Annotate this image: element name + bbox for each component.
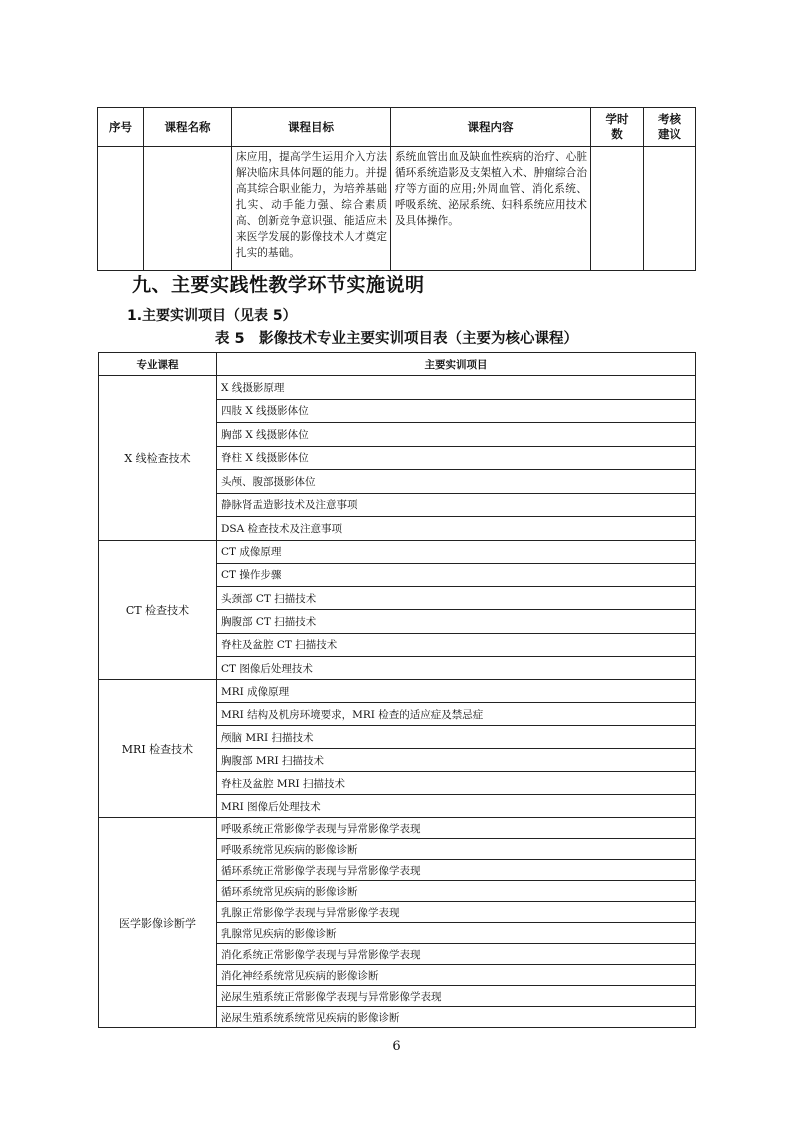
header-hours-line1: 学时 — [591, 112, 643, 127]
training-item: DSA 检查技术及注意事项 — [217, 517, 696, 541]
section-heading: 九、主要实践性教学环节实施说明 — [132, 270, 425, 297]
training-item: MRI 成像原理 — [217, 680, 696, 703]
subsection-heading: 1.主要实训项目（见表 5） — [127, 305, 297, 325]
table-row: CT 检查技术 CT 成像原理 — [99, 540, 696, 563]
training-item: 乳腺常见疾病的影像诊断 — [217, 923, 696, 944]
training-item: 泌尿生殖系统正常影像学表现与异常影像学表现 — [217, 986, 696, 1007]
training-item: X 线摄影原理 — [217, 376, 696, 400]
table-caption: 表 5 影像技术专业主要实训项目表（主要为核心课程） — [0, 327, 793, 348]
cell-assessment — [644, 147, 696, 271]
cell-hours — [591, 147, 644, 271]
header-index: 序号 — [98, 108, 144, 147]
header-assessment-line2: 建议 — [644, 127, 695, 142]
training-item: 脊柱 X 线摄影体位 — [217, 446, 696, 470]
table-row: X 线检查技术 X 线摄影原理 — [99, 376, 696, 400]
training-item: 脊柱及盆腔 CT 扫描技术 — [217, 633, 696, 656]
course-cell-ct: CT 检查技术 — [99, 540, 217, 680]
training-item: CT 成像原理 — [217, 540, 696, 563]
training-item: 头颅、腹部摄影体位 — [217, 470, 696, 494]
table-row: 床应用，提高学生运用介入方法解决临床具体问题的能力。并提高其综合职业能力，为培养… — [98, 147, 696, 271]
training-item: 消化神经系统常见疾病的影像诊断 — [217, 965, 696, 986]
course-cell-mri: MRI 检查技术 — [99, 680, 217, 818]
header-course-name: 课程名称 — [144, 108, 232, 147]
cell-index — [98, 147, 144, 271]
course-cell-diagnosis: 医学影像诊断学 — [99, 818, 217, 1028]
document-page: 序号 课程名称 课程目标 课程内容 学时 数 考核 建议 床应用，提高学生运用介… — [0, 0, 793, 1122]
training-item: 循环系统正常影像学表现与异常影像学表现 — [217, 860, 696, 881]
table-row: 医学影像诊断学 呼吸系统正常影像学表现与异常影像学表现 — [99, 818, 696, 839]
cell-content: 系统血管出血及缺血性疾病的治疗、心脏循环系统造影及支架植入术、肿瘤综合治疗等方面… — [391, 147, 591, 271]
course-cell-xray: X 线检查技术 — [99, 376, 217, 541]
training-item: CT 图像后处理技术 — [217, 656, 696, 679]
page-number: 6 — [0, 1039, 793, 1054]
header-training-items: 主要实训项目 — [217, 353, 696, 376]
header-assessment: 考核 建议 — [644, 108, 696, 147]
header-content: 课程内容 — [391, 108, 591, 147]
training-item: 泌尿生殖系统系统常见疾病的影像诊断 — [217, 1007, 696, 1028]
training-item: 四肢 X 线摄影体位 — [217, 399, 696, 423]
table-header-row: 专业课程 主要实训项目 — [99, 353, 696, 376]
cell-objective: 床应用，提高学生运用介入方法解决临床具体问题的能力。并提高其综合职业能力，为培养… — [232, 147, 391, 271]
training-item: 胸部 X 线摄影体位 — [217, 423, 696, 447]
training-item: 呼吸系统常见疾病的影像诊断 — [217, 839, 696, 860]
header-assessment-line1: 考核 — [644, 112, 695, 127]
table-header-row: 序号 课程名称 课程目标 课程内容 学时 数 考核 建议 — [98, 108, 696, 147]
cell-course-name — [144, 147, 232, 271]
training-item: MRI 图像后处理技术 — [217, 795, 696, 818]
training-item: 乳腺正常影像学表现与异常影像学表现 — [217, 902, 696, 923]
training-item: 呼吸系统正常影像学表现与异常影像学表现 — [217, 818, 696, 839]
training-item: 胸腹部 CT 扫描技术 — [217, 610, 696, 633]
training-item: 脊柱及盆腔 MRI 扫描技术 — [217, 772, 696, 795]
training-item: 静脉肾盂造影技术及注意事项 — [217, 493, 696, 517]
training-item: MRI 结构及机房环境要求，MRI 检查的适应症及禁忌症 — [217, 703, 696, 726]
training-item: 循环系统常见疾病的影像诊断 — [217, 881, 696, 902]
header-hours-line2: 数 — [591, 127, 643, 142]
training-item: 头颈部 CT 扫描技术 — [217, 587, 696, 610]
training-item: 胸腹部 MRI 扫描技术 — [217, 749, 696, 772]
header-hours: 学时 数 — [591, 108, 644, 147]
training-item: 消化系统正常影像学表现与异常影像学表现 — [217, 944, 696, 965]
training-item: CT 操作步骤 — [217, 563, 696, 586]
training-item: 颅脑 MRI 扫描技术 — [217, 726, 696, 749]
table-row: MRI 检查技术 MRI 成像原理 — [99, 680, 696, 703]
course-table-continued: 序号 课程名称 课程目标 课程内容 学时 数 考核 建议 床应用，提高学生运用介… — [97, 107, 696, 271]
training-items-table: 专业课程 主要实训项目 X 线检查技术 X 线摄影原理 四肢 X 线摄影体位 胸… — [98, 352, 696, 1028]
header-objective: 课程目标 — [232, 108, 391, 147]
header-course: 专业课程 — [99, 353, 217, 376]
